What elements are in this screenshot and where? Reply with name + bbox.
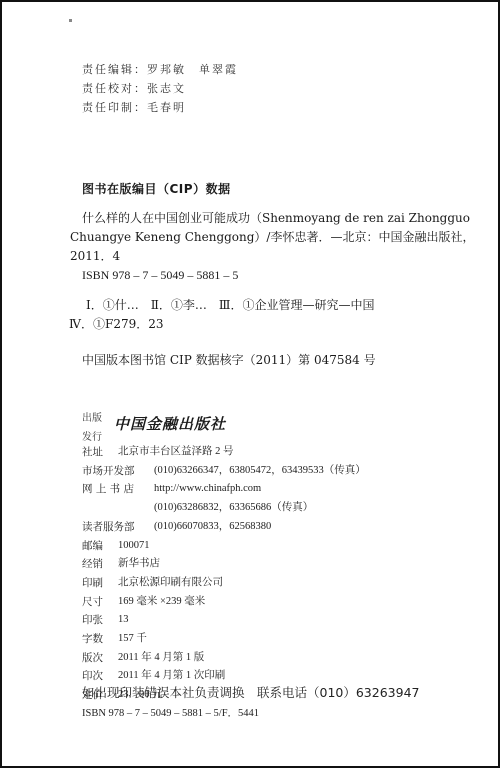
info-value: 北京市丰台区益泽路 2 号 [118, 443, 234, 462]
cip-classification-1: Ⅰ．①什… Ⅱ．①李… Ⅲ．①企业管理—研究—中国 [86, 296, 374, 313]
info-sheets: 印张13 [82, 611, 366, 630]
info-label: 邮编 [82, 537, 114, 556]
info-label: 印张 [82, 611, 114, 630]
info-postcode: 邮编100071 [82, 537, 366, 556]
publisher-label-line-1: 出版 [82, 409, 102, 428]
info-value: 169 毫米 ×239 毫米 [118, 593, 205, 612]
info-label: 印刷 [82, 574, 114, 593]
info-value: (010)63266347，63805472，63439533（传真） [154, 462, 366, 481]
info-word-count: 字数157 千 [82, 630, 366, 649]
info-printer: 印刷北京松源印刷有限公司 [82, 574, 366, 593]
info-label: 读者服务部 [82, 518, 150, 537]
info-size: 尺寸169 毫米 ×239 毫米 [82, 593, 366, 612]
info-value: (010)66070833，62568380 [154, 518, 271, 537]
info-value: 新华书店 [118, 555, 160, 574]
info-label: 网 上 书 店 [82, 480, 150, 499]
cip-line-2: Chuangye Keneng Chenggong）/李怀忠著．—北京：中国金融… [70, 228, 480, 247]
info-value: (010)63286832，63365686（传真） [154, 499, 313, 518]
credit-printing: 责任印制：毛春明 [82, 98, 238, 117]
info-edition: 版次2011 年 4 月第 1 版 [82, 649, 366, 668]
info-value: 157 千 [118, 630, 147, 649]
copyright-page: 责任编辑：罗邦敏 单翠霞 责任校对：张志文 责任印制：毛春明 图书在版编目（CI… [0, 0, 500, 768]
info-distributor: 经销新华书店 [82, 555, 366, 574]
info-online-store: 网 上 书 店http://www.chinafph.com [82, 480, 366, 499]
info-online-store-phone: (010)63286832，63365686（传真） [82, 499, 366, 518]
info-value: 13 [118, 611, 129, 630]
info-value: 2011 年 4 月第 1 版 [118, 649, 204, 668]
info-reader-service: 读者服务部(010)66070833，62568380 [82, 518, 366, 537]
info-label: 社址 [82, 443, 114, 462]
info-label: 字数 [82, 630, 114, 649]
info-label: 市场开发部 [82, 462, 150, 481]
info-value: ISBN 978 – 7 – 5049 – 5881 – 5/F．5441 [82, 705, 259, 724]
info-label [82, 499, 150, 518]
credit-editor-value: 罗邦敏 单翠霞 [147, 60, 238, 79]
info-label: 经销 [82, 555, 114, 574]
cip-number: 中国版本图书馆 CIP 数据核字（2011）第 047584 号 [82, 351, 376, 368]
credit-editor-label: 责任编辑： [82, 60, 147, 79]
credit-printing-value: 毛春明 [147, 98, 186, 117]
cip-classification-2: Ⅳ．①F279．23 [69, 315, 164, 332]
credit-printing-label: 责任印制： [82, 98, 147, 117]
info-url: http://www.chinafph.com [154, 480, 261, 499]
info-label: 版次 [82, 649, 114, 668]
credits-block: 责任编辑：罗邦敏 单翠霞 责任校对：张志文 责任印制：毛春明 [82, 60, 238, 117]
publisher-logo-name: 中国金融出版社 [114, 413, 226, 434]
cip-heading: 图书在版编目（CIP）数据 [82, 180, 231, 197]
credit-proofreader-label: 责任校对： [82, 79, 147, 98]
cip-isbn: ISBN 978 – 7 – 5049 – 5881 – 5 [82, 268, 238, 283]
info-isbn-full: ISBN 978 – 7 – 5049 – 5881 – 5/F．5441 [82, 705, 366, 724]
cip-line-1: 什么样的人在中国创业可能成功（Shenmoyang de ren zai Zho… [70, 209, 480, 228]
info-value: 100071 [118, 537, 150, 556]
replacement-notice: 如出现印装错误本社负责调换 联系电话（010）63263947 [82, 683, 419, 701]
credit-proofreader-value: 张志文 [147, 79, 186, 98]
info-value: 北京松源印刷有限公司 [118, 574, 223, 593]
cip-entry: 什么样的人在中国创业可能成功（Shenmoyang de ren zai Zho… [70, 209, 480, 266]
info-marketing: 市场开发部(010)63266347，63805472，63439533（传真） [82, 462, 366, 481]
speck-mark [69, 19, 72, 22]
info-label: 尺寸 [82, 593, 114, 612]
publisher-label: 出版 发行 [82, 409, 102, 447]
publication-info: 社址北京市丰台区益泽路 2 号 市场开发部(010)63266347，63805… [82, 443, 366, 724]
cip-line-3: 2011．4 [70, 247, 480, 266]
credit-proofreader: 责任校对：张志文 [82, 79, 238, 98]
credit-editor: 责任编辑：罗邦敏 单翠霞 [82, 60, 238, 79]
info-address: 社址北京市丰台区益泽路 2 号 [82, 443, 366, 462]
